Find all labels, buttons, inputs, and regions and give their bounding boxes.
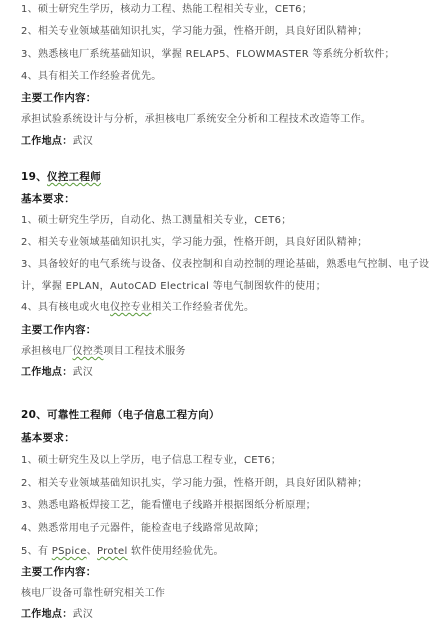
section-number: 19、 — [21, 171, 47, 183]
spellcheck-flagged-text: 仪控类 — [73, 346, 104, 357]
duties-label: 主要工作内容： — [21, 565, 97, 579]
duties-label: 主要工作内容： — [21, 323, 97, 337]
duties-text: 承担核电厂仪控类项目工程技术服务 — [21, 345, 186, 359]
location-label: 工作地点： — [21, 136, 73, 147]
requirement-text: 相关工作经验者优先。 — [151, 302, 254, 313]
section-heading-19: 19、仪控工程师 — [21, 170, 101, 184]
requirements-label: 基本要求： — [21, 192, 75, 206]
requirement-item: 3、熟悉电路板焊接工艺，能看懂电子线路并根据图纸分析原理； — [21, 499, 316, 513]
location-label: 工作地点： — [21, 367, 73, 378]
requirement-item: 2、相关专业领域基础知识扎实，学习能力强，性格开朗，具良好团队精神； — [21, 236, 368, 250]
section-title: 可靠性工程师（电子信息工程方向） — [47, 409, 220, 421]
section-number: 20、 — [21, 409, 47, 421]
requirement-item: 4、熟悉常用电子元器件，能检查电子线路常见故障； — [21, 522, 265, 536]
location-row: 工作地点：武汉 — [21, 366, 93, 380]
requirement-text: 软件使用经验优先。 — [128, 546, 224, 557]
spellcheck-flagged-text: 仪控专业 — [110, 302, 151, 313]
location-value: 武汉 — [73, 136, 94, 147]
location-row: 工作地点：武汉 — [21, 135, 93, 149]
requirement-item: 3、熟悉核电厂系统基础知识，掌握 RELAP5、FLOWMASTER 等系统分析… — [21, 48, 395, 62]
requirement-item: 5、有 PSpice、Protel 软件使用经验优先。 — [21, 545, 224, 559]
requirement-item-continued: 计，掌握 EPLAN，AutoCAD Electrical 等电气制图软件的使用… — [21, 280, 326, 294]
requirement-item: 4、具有相关工作经验者优先。 — [21, 70, 162, 84]
section-heading-20: 20、可靠性工程师（电子信息工程方向） — [21, 408, 220, 422]
location-value: 武汉 — [73, 609, 94, 620]
section-title: 仪控工程师 — [47, 171, 101, 183]
requirement-item: 4、具有核电或火电仪控专业相关工作经验者优先。 — [21, 301, 254, 315]
duties-label: 主要工作内容： — [21, 91, 97, 105]
duties-text-part: 承担核电厂 — [21, 346, 73, 357]
duties-text: 承担试验系统设计与分析，承担核电厂系统安全分析和工程技术改造等工作。 — [21, 113, 371, 127]
requirement-item: 1、硕士研究生学历，核动力工程、热能工程相关专业，CET6； — [21, 3, 312, 17]
requirement-item: 1、硕士研究生及以上学历，电子信息工程专业，CET6； — [21, 454, 281, 468]
location-label: 工作地点： — [21, 609, 73, 620]
duties-text-part: 项目工程技术服务 — [103, 346, 185, 357]
location-value: 武汉 — [73, 367, 94, 378]
spellcheck-flagged-text: PSpice — [52, 546, 87, 557]
location-row: 工作地点：武汉 — [21, 608, 93, 622]
requirement-item: 1、硕士研究生学历，自动化、热工测量相关专业，CET6； — [21, 214, 292, 228]
requirement-item: 2、相关专业领域基础知识扎实，学习能力强，性格开朗，具良好团队精神； — [21, 25, 368, 39]
requirement-text: 5、有 — [21, 546, 52, 557]
requirement-item: 2、相关专业领域基础知识扎实，学习能力强，性格开朗，具良好团队精神； — [21, 477, 368, 491]
requirements-label: 基本要求： — [21, 431, 75, 445]
requirement-text: 4、具有核电或火电 — [21, 302, 110, 313]
duties-text: 核电厂设备可靠性研究相关工作 — [21, 587, 165, 601]
spellcheck-flagged-text: Protel — [97, 546, 128, 557]
separator: 、 — [87, 546, 97, 557]
requirement-item: 3、具备较好的电气系统与设备、仪表控制和自动控制的理论基础，熟悉电气控制、电子设 — [21, 258, 429, 272]
